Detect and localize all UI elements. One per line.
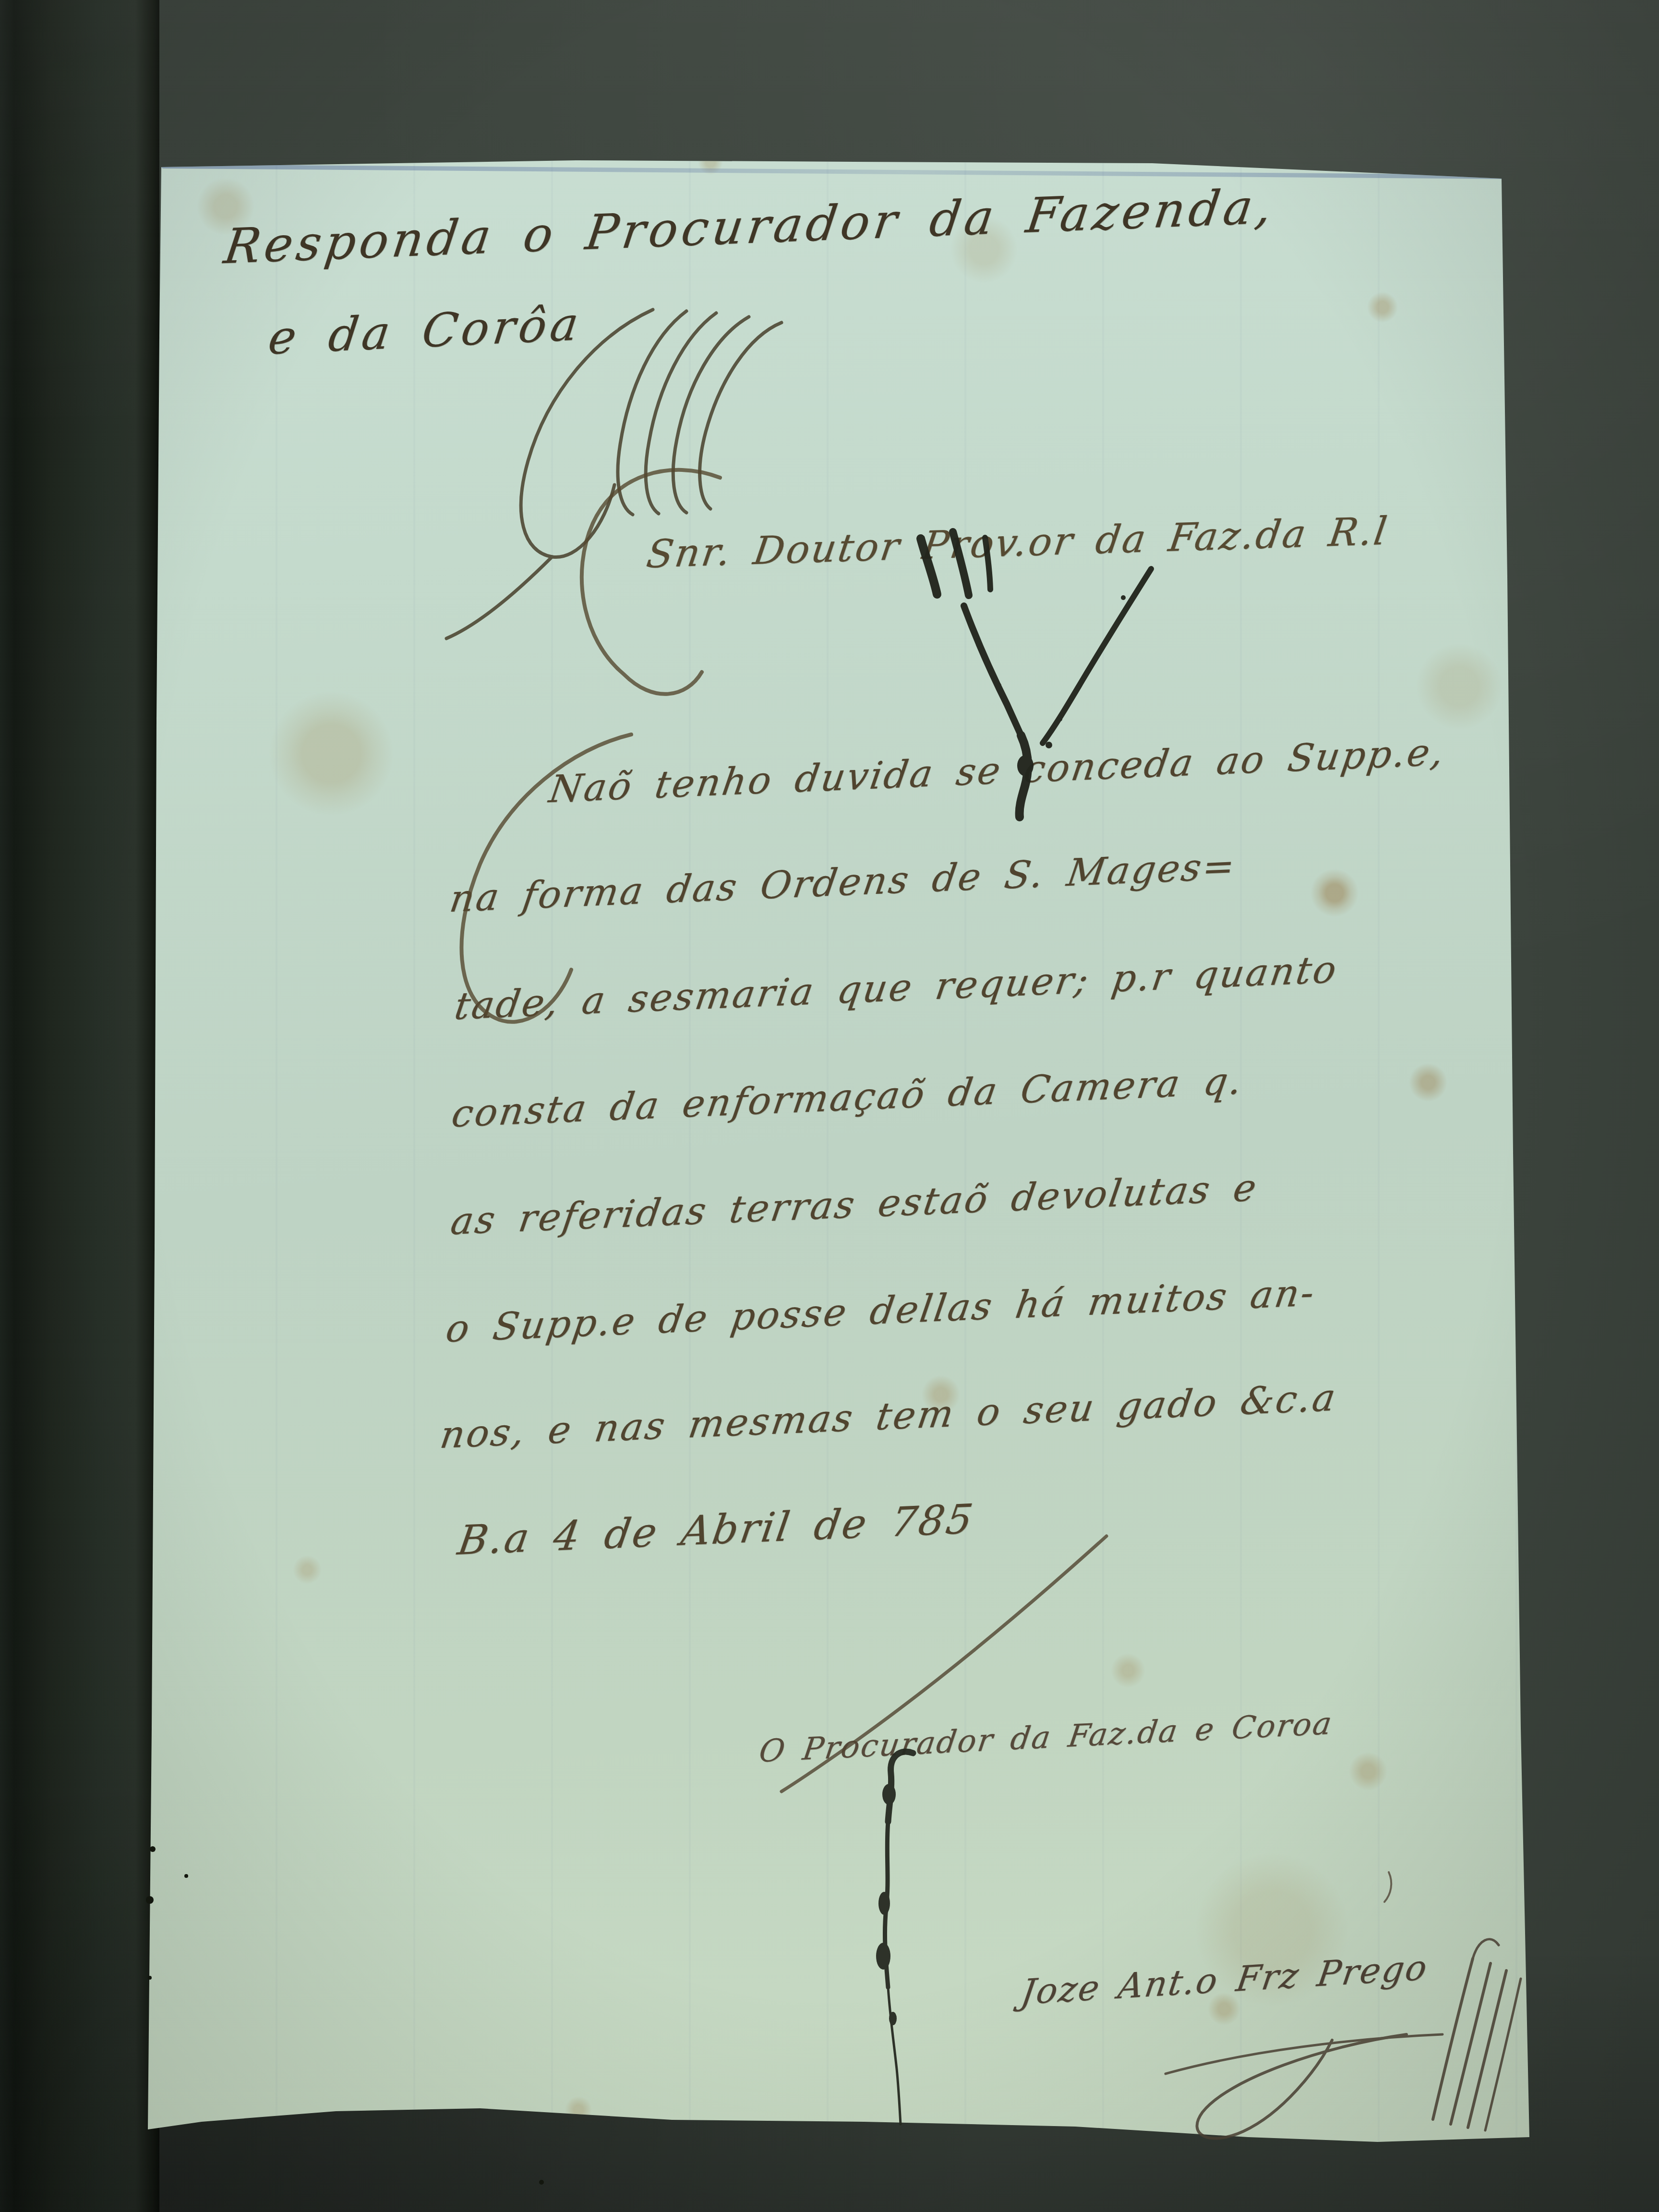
marginal-annotation-line1: Responda o Procurador da Fazenda, [221, 178, 1279, 275]
body-line-6: o Supp.e de posse dellas há muitos an- [443, 1271, 1319, 1351]
body-line-1: Naõ tenho duvida se conceda ao Supp.e, [546, 730, 1448, 811]
marginal-annotation-line2: e da Corôa [265, 297, 586, 365]
manuscript-photo: Responda o Procurador da Fazenda, e da C… [0, 0, 1659, 2212]
closing-line: O Procurador da Faz.da e Coroa [757, 1706, 1335, 1769]
body-line-7: nos, e nas mesmas tem o seu gado &c.a [437, 1376, 1340, 1457]
body-line-2: na forma das Ordens de S. Mages= [447, 844, 1239, 921]
body-line-4: consta da enformaçaõ da Camera q. [449, 1059, 1247, 1136]
body-line-3: tade, a sesmaria que requer; p.r quanto [452, 948, 1341, 1029]
date-line: B.a 4 de Abril de 785 [455, 1495, 978, 1564]
address-line: Snr. Doutor Prov.or da Faz.da R.l [644, 508, 1392, 577]
book-spine-edge [0, 0, 159, 2212]
manuscript-page: Responda o Procurador da Fazenda, e da C… [0, 0, 1659, 2212]
body-line-5: as referidas terras estaõ devolutas e [448, 1166, 1261, 1243]
signature-text: Joze Ant.o Frz Prego [1019, 1947, 1431, 2013]
